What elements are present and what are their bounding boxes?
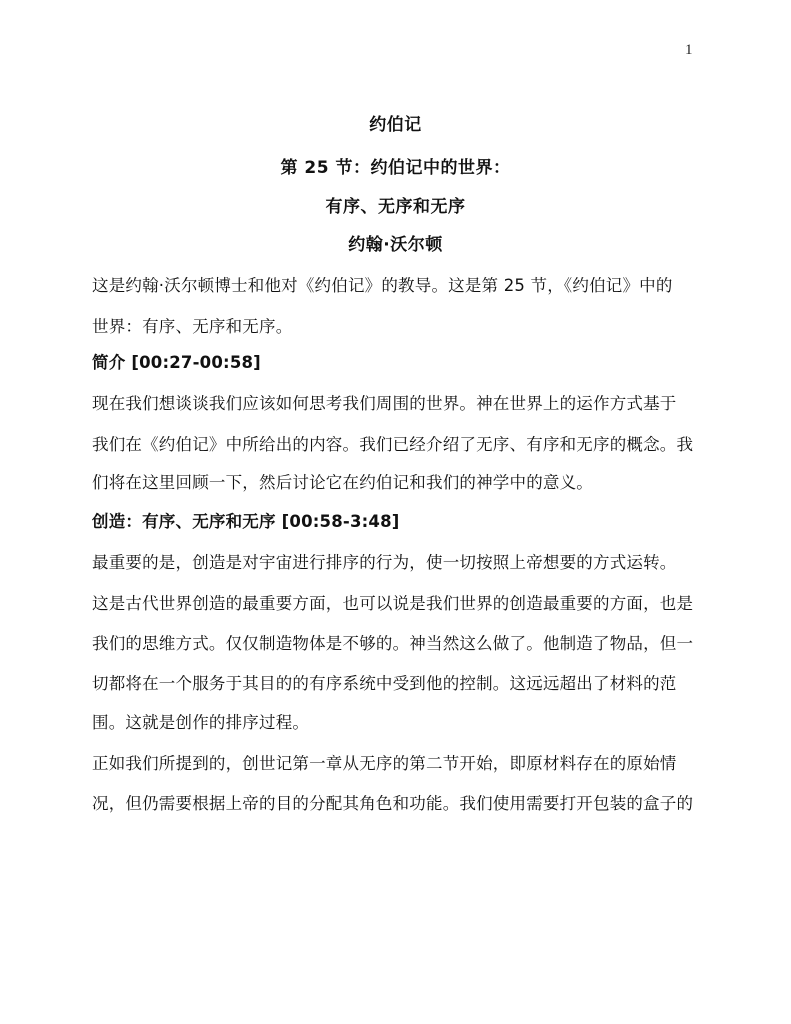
- section-heading: 创造：有序、无序和无序 [00:58-3:48]: [92, 508, 400, 532]
- text-line: 最重要的是，创造是对宇宙进行排序的行为，使一切按照上帝想要的方式运转。: [92, 549, 677, 573]
- text-line: 们将在这里回顾一下，然后讨论它在约伯记和我们的神学中的意义。: [92, 469, 593, 493]
- book-title: 约伯记: [0, 110, 791, 135]
- text-line: 切都将在一个服务于其目的的有序系统中受到他的控制。这远远超出了材料的范: [92, 670, 677, 694]
- text-line: 况，但仍需要根据上帝的目的分配其角色和功能。我们使用需要打开包装的盒子的: [92, 790, 693, 814]
- author-name: 约翰·沃尔顿: [0, 230, 791, 255]
- section-heading: 简介 [00:27-00:58]: [92, 349, 261, 373]
- text-line: 围。这就是创作的排序过程。: [92, 709, 309, 733]
- section-title: 第 25 节：约伯记中的世界：: [0, 153, 791, 178]
- section-subtitle: 有序、无序和无序: [0, 192, 791, 217]
- text-line: 正如我们所提到的，创世记第一章从无序的第二节开始，即原材料存在的原始情: [92, 750, 677, 774]
- page-number: 1: [685, 42, 693, 59]
- text-line: 我们的思维方式。仅仅制造物体是不够的。神当然这么做了。他制造了物品，但一: [92, 630, 693, 654]
- text-line: 这是古代世界创造的最重要方面，也可以说是我们世界的创造最重要的方面，也是: [92, 590, 693, 614]
- text-line: 现在我们想谈谈我们应该如何思考我们周围的世界。神在世界上的运作方式基于: [92, 390, 677, 414]
- text-line: 我们在《约伯记》中所给出的内容。我们已经介绍了无序、有序和无序的概念。我: [92, 431, 693, 455]
- text-line: 这是约翰·沃尔顿博士和他对《约伯记》的教导。这是第 25 节，《约伯记》中的: [92, 272, 673, 296]
- text-line: 世界：有序、无序和无序。: [92, 313, 292, 337]
